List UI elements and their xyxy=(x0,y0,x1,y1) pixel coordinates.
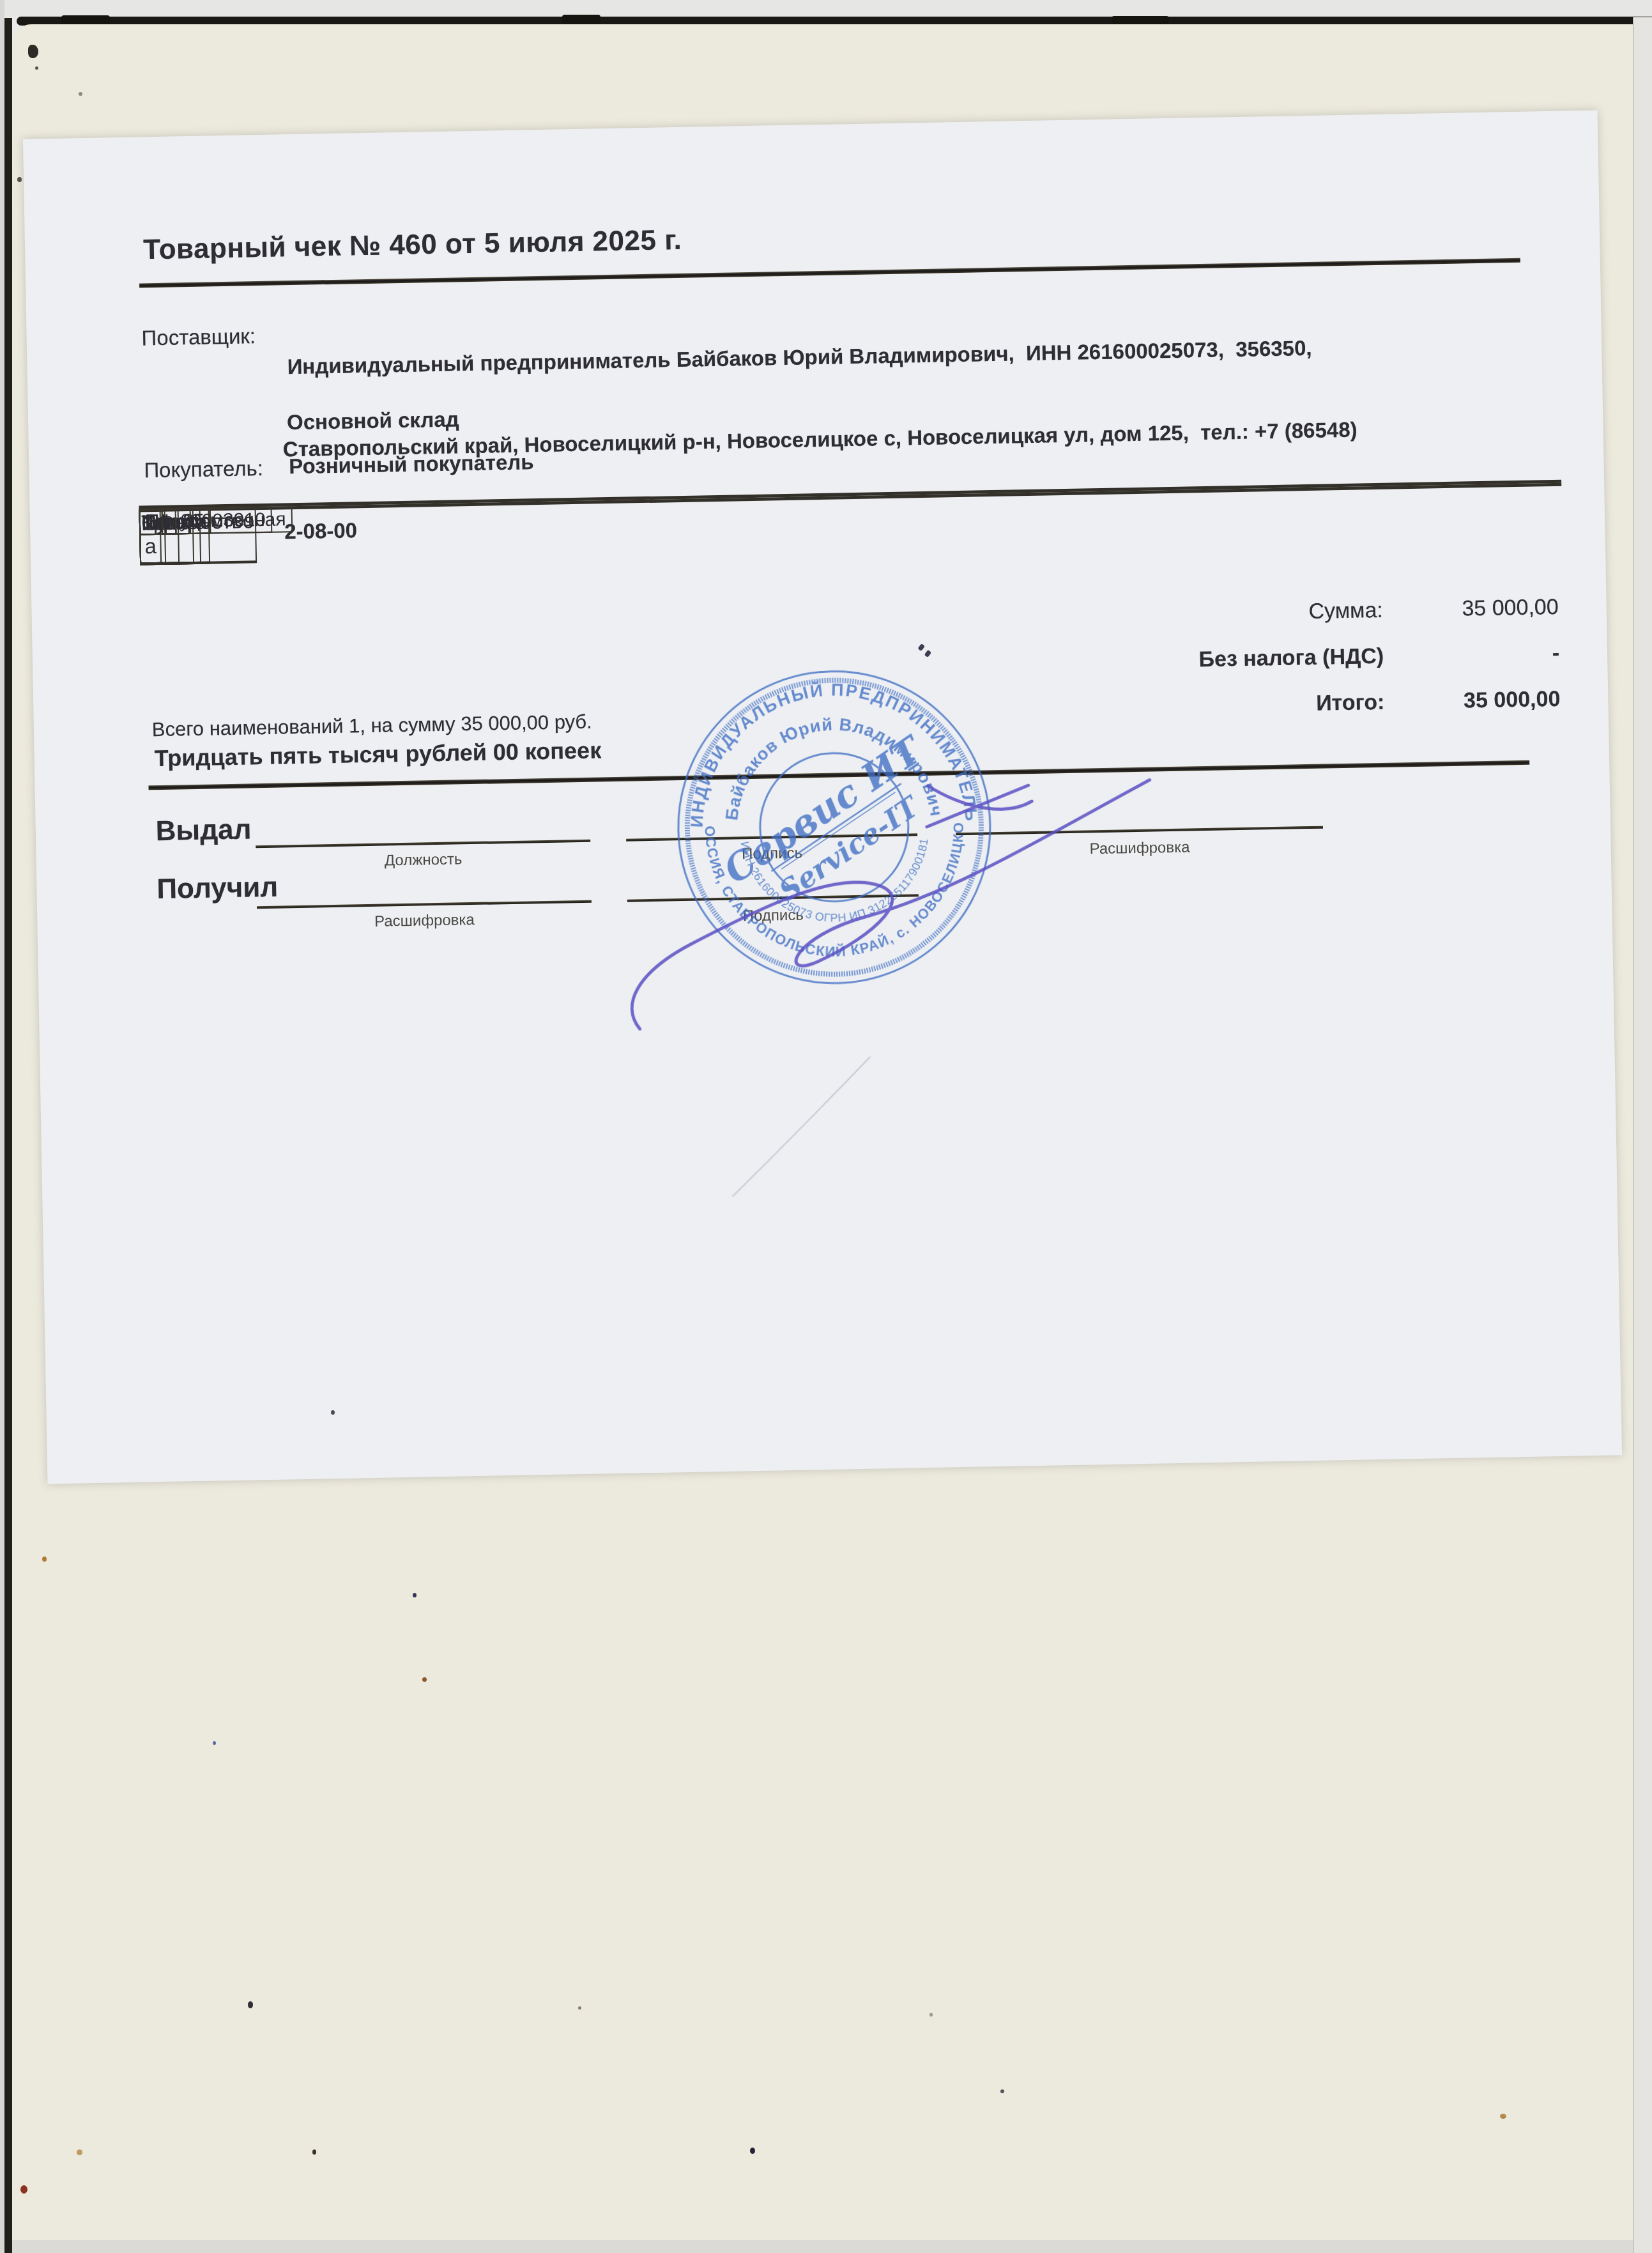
scan-speck xyxy=(1000,2089,1004,2093)
totals-total-label: Итого: xyxy=(975,690,1385,723)
ink-speck xyxy=(917,643,925,651)
scan-speck xyxy=(929,2013,933,2017)
scanner-edge-bottom xyxy=(12,2240,1633,2253)
supplier-label: Поставщик: xyxy=(141,324,256,350)
scanned-receipt: Товарный чек № 460 от 5 июля 2025 г. Пос… xyxy=(0,0,1652,2253)
scan-speck xyxy=(578,2006,581,2010)
scan-speck xyxy=(35,66,38,70)
signature-scribble xyxy=(596,718,1244,1240)
scanner-edge-top xyxy=(0,0,1652,17)
supplier-address: Индивидуальный предприниматель Байбаков … xyxy=(280,276,1499,601)
scan-speck xyxy=(331,1410,335,1415)
position-signature-line xyxy=(256,840,590,849)
totals-total-value: 35 000,00 xyxy=(1381,687,1561,715)
warehouse-name: Основной склад xyxy=(287,407,459,434)
supplier-line-1: Индивидуальный предприниматель Байбаков … xyxy=(281,331,1495,381)
position-caption: Должность xyxy=(256,849,590,873)
totals-sum-label: Сумма: xyxy=(974,598,1384,631)
scan-artifact xyxy=(1112,16,1169,24)
issued-label: Выдал xyxy=(155,813,252,847)
cell-sum: 35 000,00 xyxy=(139,507,211,535)
scan-speck xyxy=(413,1593,417,1597)
scan-speck xyxy=(77,2149,82,2155)
signature-flourish xyxy=(628,780,1154,1029)
scan-speck xyxy=(248,2001,253,2008)
scan-speck xyxy=(79,92,82,96)
receipt-title: Товарный чек № 460 от 5 июля 2025 г. xyxy=(143,224,682,266)
totals-tax-label: Без налога (НДС) xyxy=(975,644,1384,677)
scan-speck xyxy=(28,45,38,58)
scan-speck xyxy=(20,2185,27,2194)
signature-stroke xyxy=(928,784,1032,810)
pencil-mark xyxy=(730,1057,873,1197)
scan-speck xyxy=(1500,2114,1506,2119)
scanner-edge-left xyxy=(0,0,4,2253)
amount-in-words: Тридцать пять тысяч рублей 00 копеек xyxy=(154,737,601,772)
receipt-paper: Товарный чек № 460 от 5 июля 2025 г. Пос… xyxy=(23,111,1622,1484)
scan-speck xyxy=(213,1741,216,1745)
buyer-value: Розничный покупатель xyxy=(289,450,534,479)
scan-speck xyxy=(750,2148,755,2154)
scan-speck xyxy=(17,177,22,182)
ink-speck xyxy=(924,650,932,657)
summary-line: Всего наименований 1, на сумму 35 000,00… xyxy=(152,711,593,742)
totals-sum-value: 35 000,00 xyxy=(1379,595,1559,623)
backing-sheet-shadow-left xyxy=(4,18,12,2253)
buyer-label: Покупатель: xyxy=(144,456,263,482)
scanner-edge-right xyxy=(1633,17,1652,2253)
scan-artifact xyxy=(562,15,600,24)
received-label: Получил xyxy=(157,872,279,905)
scan-speck xyxy=(422,1677,427,1682)
scan-speck xyxy=(312,2149,316,2155)
totals-tax-value: - xyxy=(1380,641,1560,669)
name-caption: Расшифровка xyxy=(257,909,592,934)
scan-speck xyxy=(42,1557,47,1562)
name-signature-line xyxy=(257,900,592,909)
